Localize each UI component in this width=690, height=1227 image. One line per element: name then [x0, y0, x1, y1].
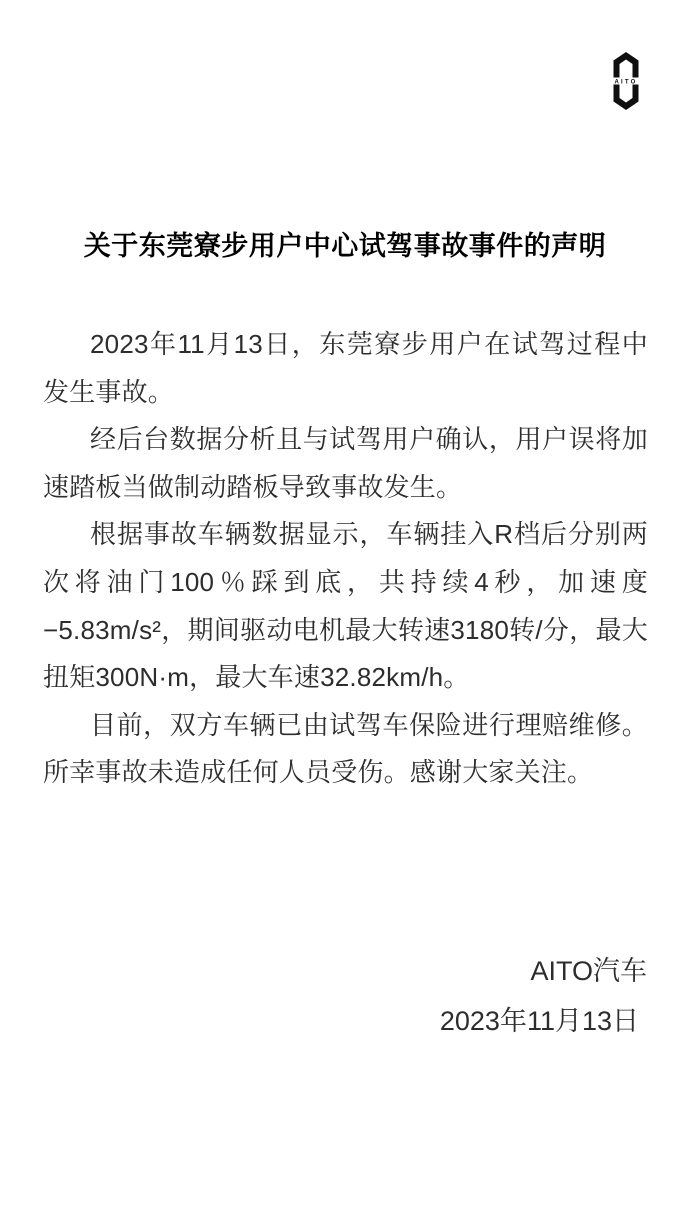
aito-logo-svg: AITO — [608, 52, 644, 110]
aito-logo-icon: AITO — [608, 52, 644, 110]
signature-name: AITO汽车 — [440, 946, 647, 996]
paragraph-incident: 2023年11月13日，东莞寮步用户在试驾过程中发生事故。 — [43, 321, 648, 416]
signature-date: 2023年11月13日 — [440, 996, 647, 1046]
statement-page: AITO 关于东莞寮步用户中心试驾事故事件的声明 2023年11月13日，东莞寮… — [0, 0, 690, 1227]
statement-title: 关于东莞寮步用户中心试驾事故事件的声明 — [20, 229, 670, 263]
paragraph-vehicle-data: 根据事故车辆数据显示，车辆挂入R档后分别两次将油门100％踩到底，共持续4秒，加… — [43, 511, 648, 701]
signature-block: AITO汽车 2023年11月13日 — [440, 946, 647, 1046]
paragraph-resolution: 目前，双方车辆已由试驾车保险进行理赔维修。所幸事故未造成任何人员受伤。感谢大家关… — [43, 702, 648, 797]
statement-body: 2023年11月13日，东莞寮步用户在试驾过程中发生事故。 经后台数据分析且与试… — [43, 321, 648, 797]
aito-wordmark: AITO — [614, 80, 637, 86]
paragraph-analysis: 经后台数据分析且与试驾用户确认，用户误将加速踏板当做制动踏板导致事故发生。 — [43, 416, 648, 511]
